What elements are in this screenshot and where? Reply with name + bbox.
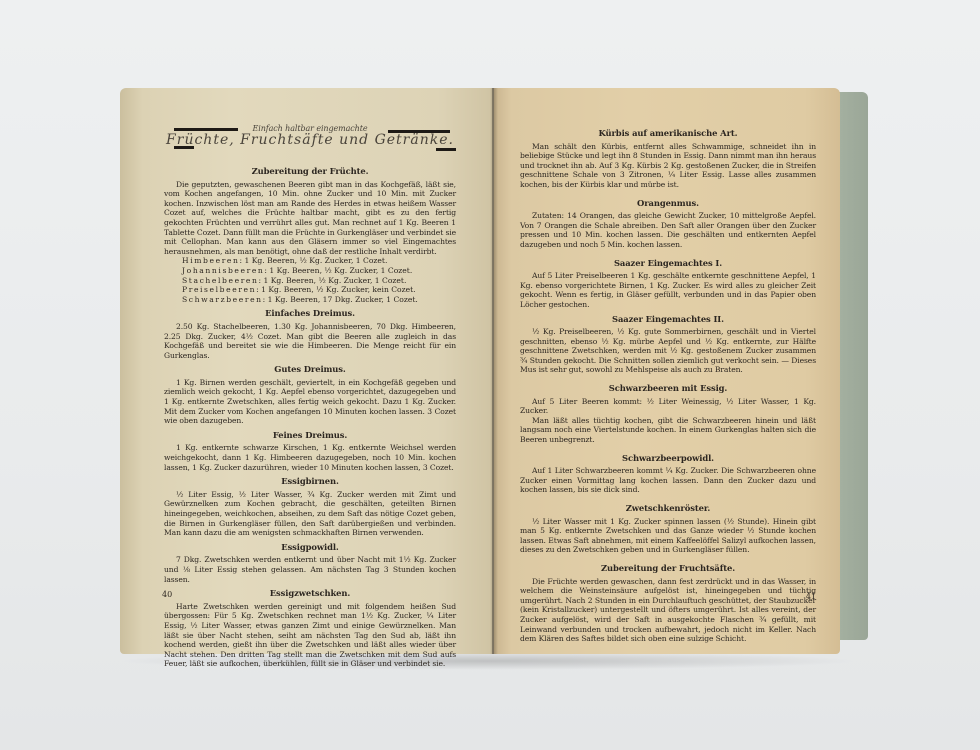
left-page: Einfach haltbar eingemachte Früchte, Fru… <box>120 88 494 654</box>
book-gutter <box>490 88 498 654</box>
section-text: Die geputzten, gewaschenen Beeren gibt m… <box>164 180 456 257</box>
section-heading: Schwarzbeeren mit Essig. <box>520 384 816 394</box>
section-text: Zutaten: 14 Orangen, das gleiche Gewicht… <box>520 211 816 249</box>
section-text: Man läßt alles tüchtig kochen, gibt die … <box>520 416 816 445</box>
section-heading: Einfaches Dreimus. <box>164 309 456 319</box>
left-page-content: Einfach haltbar eingemachte Früchte, Fru… <box>164 124 456 669</box>
section-text: ½ Kg. Preiselbeeren, ½ Kg. gute Sommerbi… <box>520 327 816 375</box>
section-text: Auf 5 Liter Beeren kommt: ½ Liter Weines… <box>520 397 816 416</box>
section-heading: Zubereitung der Fruchtsäfte. <box>520 564 816 574</box>
section-heading: Orangenmus. <box>520 199 816 209</box>
section-text: 1 Kg. entkernte schwarze Kirschen, 1 Kg.… <box>164 443 456 472</box>
section-heading: Essigbirnen. <box>164 477 456 487</box>
page-number-left: 40 <box>162 590 172 599</box>
section-text: Harte Zwetschken werden gereinigt und mi… <box>164 602 456 669</box>
section-text: Auf 1 Liter Schwarzbeeren kommt ¼ Kg. Zu… <box>520 466 816 495</box>
section-text: Die Früchte werden gewaschen, dann fest … <box>520 577 816 644</box>
section-heading: Schwarzbeerpowidl. <box>520 454 816 464</box>
section-heading: Gutes Dreimus. <box>164 365 456 375</box>
section-text: ½ Liter Essig, ½ Liter Wasser, ¾ Kg. Zuc… <box>164 490 456 538</box>
list-item: Preiselbeeren: 1 Kg. Beeren, ½ Kg. Zucke… <box>164 285 456 295</box>
section-heading: Saazer Eingemachtes I. <box>520 259 816 269</box>
chapter-title-block: Einfach haltbar eingemachte Früchte, Fru… <box>164 124 456 162</box>
list-item: Schwarzbeeren: 1 Kg. Beeren, 17 Dkg. Zuc… <box>164 295 456 305</box>
list-item: Stachelbeeren: 1 Kg. Beeren, ½ Kg. Zucke… <box>164 276 456 286</box>
section-text: Auf 5 Liter Preiselbeeren 1 Kg. geschält… <box>520 271 816 309</box>
page-number-right: 41 <box>806 592 816 601</box>
section-heading: Kürbis auf amerikanische Art. <box>520 129 816 139</box>
section-heading: Essigpowidl. <box>164 543 456 553</box>
chapter-title: Früchte, Fruchtsäfte und Getränke. <box>164 136 456 146</box>
section-heading: Essigzwetschken. <box>164 589 456 599</box>
list-item: Johannisbeeren: 1 Kg. Beeren, ½ Kg. Zuck… <box>164 266 456 276</box>
fruit-ratio-list: Himbeeren: 1 Kg. Beeren, ½ Kg. Zucker, 1… <box>164 256 456 304</box>
list-item: Himbeeren: 1 Kg. Beeren, ½ Kg. Zucker, 1… <box>164 256 456 266</box>
section-text: 1 Kg. Birnen werden geschält, geviertelt… <box>164 378 456 426</box>
right-page: Kürbis auf amerikanische Art. Man schält… <box>494 88 840 654</box>
section-text: ½ Liter Wasser mit 1 Kg. Zucker spinnen … <box>520 517 816 555</box>
section-heading: Saazer Eingemachtes II. <box>520 315 816 325</box>
section-heading: Feines Dreimus. <box>164 431 456 441</box>
section-text: 2.50 Kg. Stachelbeeren, 1.30 Kg. Johanni… <box>164 322 456 360</box>
section-heading: Zubereitung der Früchte. <box>164 167 456 177</box>
section-text: 7 Dkg. Zwetschken werden entkernt und üb… <box>164 555 456 584</box>
section-text: Man schält den Kürbis, entfernt alles Sc… <box>520 142 816 190</box>
section-heading: Zwetschkenröster. <box>520 504 816 514</box>
right-page-content: Kürbis auf amerikanische Art. Man schält… <box>520 124 816 644</box>
title-rule-bottom-right <box>436 148 456 151</box>
